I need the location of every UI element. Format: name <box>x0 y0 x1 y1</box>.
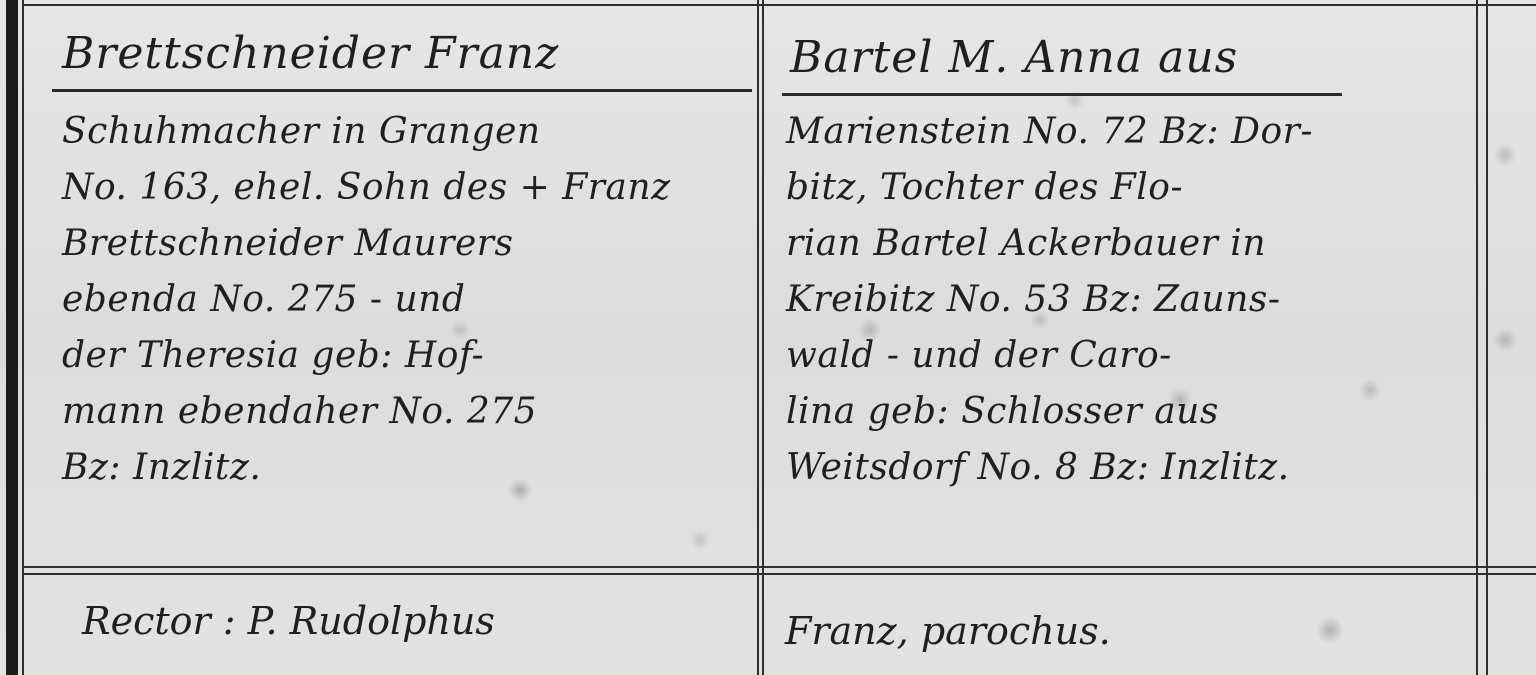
groom-detail-line: Bz: Inzlitz. <box>62 440 752 496</box>
bride-detail-line: rian Bartel Ackerbauer in <box>786 216 1476 272</box>
footer-divider-rule-secondary <box>22 573 1536 575</box>
footer-divider-rule <box>22 566 1536 568</box>
bride-detail-line: Kreibitz No. 53 Bz: Zauns- <box>786 272 1476 328</box>
groom-detail-line: ebenda No. 275 - und <box>62 272 752 328</box>
bride-detail-line: wald - und der Caro- <box>786 328 1476 384</box>
groom-detail-line: Schuhmacher in Grangen <box>62 104 752 160</box>
rector-signature: Rector : P. Rudolphus <box>82 596 495 646</box>
groom-details: Schuhmacher in Grangen No. 163, ehel. So… <box>62 104 752 496</box>
bride-detail-line: Weitsdorf No. 8 Bz: Inzlitz. <box>786 440 1476 496</box>
groom-name-underline <box>52 89 752 92</box>
groom-detail-line: der Theresia geb: Hof- <box>62 328 752 384</box>
bride-details: Marienstein No. 72 Bz: Dor- bitz, Tochte… <box>786 104 1476 496</box>
top-rule <box>22 4 1536 6</box>
register-page: Brettschneider Franz Schuhmacher in Gran… <box>0 0 1536 675</box>
groom-detail-line: No. 163, ehel. Sohn des + Franz <box>62 160 752 216</box>
groom-detail-line: Brettschneider Maurers <box>62 216 752 272</box>
parochus-signature: Franz, parochus. <box>785 606 1111 656</box>
bride-detail-line: lina geb: Schlosser aus <box>786 384 1476 440</box>
groom-detail-line: mann ebendaher No. 275 <box>62 384 752 440</box>
bride-name: Bartel M. Anna aus <box>790 30 1238 86</box>
bride-detail-line: bitz, Tochter des Flo- <box>786 160 1476 216</box>
binding-edge-rule <box>6 0 18 675</box>
bride-name-underline <box>782 93 1342 96</box>
groom-name: Brettschneider Franz <box>62 26 559 82</box>
bride-detail-line: Marienstein No. 72 Bz: Dor- <box>786 104 1476 160</box>
